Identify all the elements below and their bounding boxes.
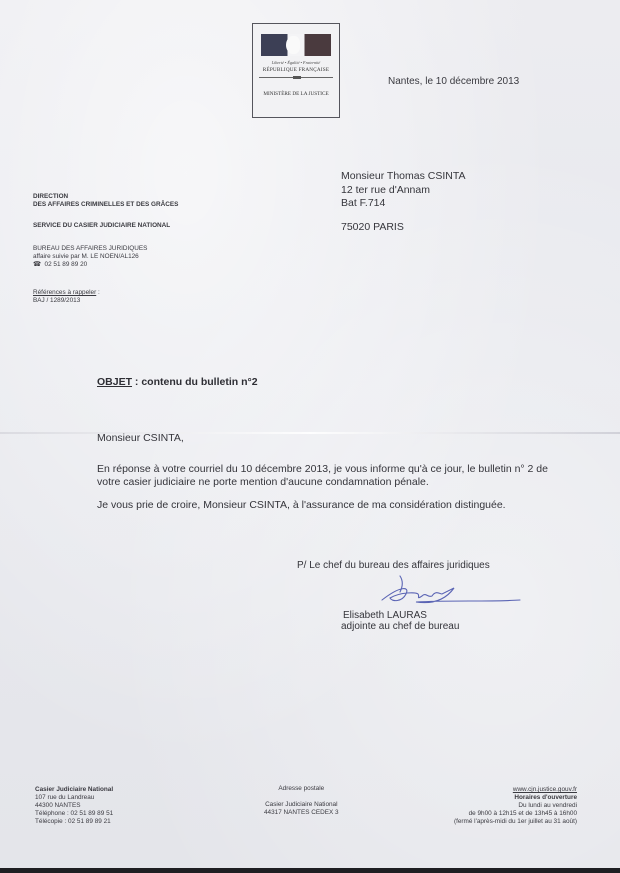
letter-page: Liberté • Égalité • Fraternité RÉPUBLIQU…	[0, 0, 620, 868]
website-link[interactable]: www.cjn.justice.gouv.fr	[430, 786, 577, 794]
postal-org: Casier Judiciaire National	[264, 801, 339, 809]
sender-bureau: BUREAU DES AFFAIRES JURIDIQUES affaire s…	[33, 245, 147, 269]
signatory-role: adjointe au chef de bureau	[341, 621, 459, 632]
telephone-icon: ☎	[33, 261, 41, 268]
postal-city: 44317 NANTES CEDEX 3	[264, 809, 339, 817]
ministry-logo: Liberté • Égalité • Fraternité RÉPUBLIQU…	[252, 23, 340, 118]
letter-date: Nantes, le 10 décembre 2013	[388, 76, 519, 87]
paragraph-line-2: votre casier judiciaire ne porte mention…	[97, 476, 548, 489]
phone-line: ☎ 02 51 89 89 20	[33, 261, 147, 269]
footer-center: Adresse postale Casier Judiciaire Nation…	[264, 785, 339, 817]
opening-hours: de 9h00 à 12h15 et de 13h45 à 16h00	[430, 810, 577, 818]
hours-title: Horaires d'ouverture	[430, 794, 577, 802]
footer-left: Casier Judiciaire National 107 rue du La…	[35, 786, 113, 826]
references: Références à rappeler : BAJ / 1289/2013	[33, 289, 100, 305]
footer-phone: Téléphone : 02 51 89 89 51	[35, 810, 113, 818]
recipient-street: 12 ter rue d'Annam	[341, 184, 465, 198]
paper-fold	[0, 432, 620, 434]
logo-ministry: MINISTÈRE DE LA JUSTICE	[253, 91, 339, 97]
reference-number: BAJ / 1289/2013	[33, 297, 100, 305]
references-sep: :	[96, 289, 100, 296]
recipient-city: 75020 PARIS	[341, 221, 465, 235]
recipient-address: Monsieur Thomas CSINTA 12 ter rue d'Anna…	[341, 170, 465, 234]
recipient-building: Bat F.714	[341, 197, 465, 211]
footer-city: 44300 NANTES	[35, 802, 113, 810]
followed-by: affaire suivie par M. LE NOEN/AL126	[33, 253, 147, 261]
handwritten-signature	[370, 572, 530, 610]
signatory-name: Elisabeth LAURAS	[343, 610, 427, 621]
sender-service: SERVICE DU CASIER JUDICIAIRE NATIONAL	[33, 222, 170, 230]
bureau-phone: 02 51 89 89 20	[45, 261, 88, 268]
logo-divider-mark	[293, 76, 301, 79]
salutation: Monsieur CSINTA,	[97, 432, 184, 444]
footer-fax: Télécopie : 02 51 89 89 21	[35, 818, 113, 826]
recipient-name: Monsieur Thomas CSINTA	[341, 170, 465, 184]
logo-republic: RÉPUBLIQUE FRANÇAISE	[253, 67, 339, 73]
bureau-name: BUREAU DES AFFAIRES JURIDIQUES	[33, 245, 147, 253]
footer-street: 107 rue du Landreau	[35, 794, 113, 802]
direction-line-1: DIRECTION	[33, 193, 178, 201]
sender-direction: DIRECTION DES AFFAIRES CRIMINELLES ET DE…	[33, 193, 178, 209]
body-paragraph: En réponse à votre courriel du 10 décemb…	[97, 463, 548, 489]
footer-org: Casier Judiciaire National	[35, 786, 113, 794]
subject-label: OBJET	[97, 376, 132, 388]
references-label: Références à rappeler	[33, 289, 96, 296]
footer-right: www.cjn.justice.gouv.fr Horaires d'ouver…	[430, 786, 577, 826]
logo-motto: Liberté • Égalité • Fraternité	[253, 60, 339, 65]
subject-text: : contenu du bulletin n°2	[132, 376, 258, 388]
closing-note: (fermé l'après-midi du 1er juillet au 31…	[430, 818, 577, 826]
signatory-title: P/ Le chef du bureau des affaires juridi…	[297, 560, 490, 571]
closing-formula: Je vous prie de croire, Monsieur CSINTA,…	[97, 499, 506, 511]
marianne-profile-icon	[286, 36, 300, 54]
opening-days: Du lundi au vendredi	[430, 802, 577, 810]
subject-line: OBJET : contenu du bulletin n°2	[97, 376, 258, 388]
direction-line-2: DES AFFAIRES CRIMINELLES ET DES GRÂCES	[33, 201, 178, 209]
paragraph-line-1: En réponse à votre courriel du 10 décemb…	[97, 463, 548, 476]
postal-label: Adresse postale	[264, 785, 339, 793]
